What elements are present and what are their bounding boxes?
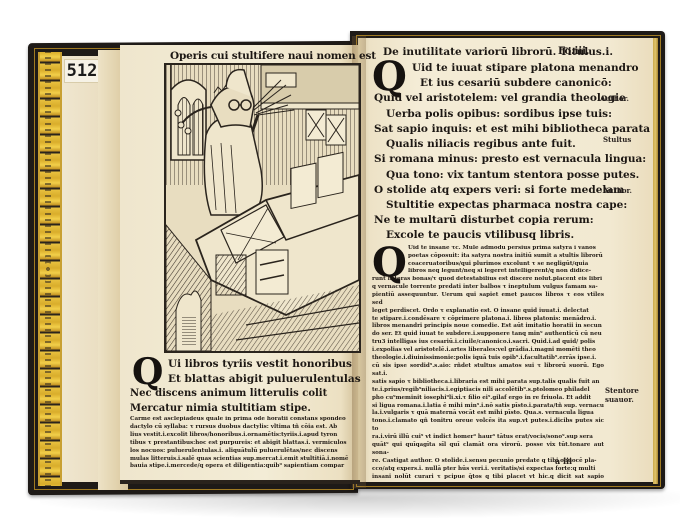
left-commentary: Carmē est asclepiadeus quale in prima od… [130, 416, 358, 476]
right-verse-4: Uerba polis opibus: sordibus ipse tuis: [386, 108, 612, 120]
commentary-line: runt litteras bonas/τ quod detestabilius… [372, 276, 604, 284]
inventory-label: 512 [64, 59, 100, 83]
commentary-line: libros neq legunt/neq si legerēt intelli… [408, 268, 604, 276]
right-verse-2: Et ius cesariū subdere canonicō: [420, 77, 612, 89]
right-verse-7: Si romana minus: presto est vernacula li… [374, 153, 646, 165]
right-verse-9: O stolide atq expers veri: si forte mede… [374, 184, 624, 196]
commentary-line: q vernacule torrente predati inter balbo… [372, 284, 604, 292]
commentary-line: leget perdiscet. Ordo τ explanatio est. … [372, 308, 604, 316]
margin-note-stentore: Stentore suauor. [605, 386, 635, 404]
gilt-page-edge [653, 38, 658, 484]
margin-note-author-2: Author. [603, 186, 632, 195]
right-verse-11: Ne te multarū disturbet copia rerum: [374, 214, 594, 226]
right-verse-5: Sat sapio inquis: et est mihi bibliothec… [374, 123, 650, 135]
signature-mark: a iii [555, 456, 572, 466]
commentary-line: insani nolūt curari τ pcipue q̄tos q tib… [372, 474, 604, 481]
commentary-line: tono.i.clamato qñ tonitru oreue volcēs i… [372, 418, 604, 434]
commentary-line: te stipare.i.condēsare τ cōprimere plato… [372, 316, 604, 324]
commentary-line: cco/atq expers.i. nullā pter hūs veri.i.… [372, 466, 604, 474]
left-cover-bottom-edge [120, 480, 360, 484]
right-verse-8: Qua tono: vix tantum stentora posse pute… [386, 169, 639, 181]
margin-note-author: Author. [600, 94, 629, 103]
commentary-line: bauia stipe.i.mercede/q opera et diligen… [130, 463, 358, 471]
commentary-line: satis sapio τ bibliotheca.i.libraria est… [372, 379, 604, 387]
margin-note-stultus: Stultus [603, 135, 631, 144]
left-verse-4: Mercatur nimia stultitiam stipe. [130, 403, 311, 414]
folio-number: Fo.iii. [558, 46, 589, 57]
commentary-line: ra.i.virū illū cui⁹ vt indict homer⁹ hau… [372, 434, 604, 442]
left-running-head: Operis cui stultifere naui nomen est [170, 50, 376, 62]
commentary-line: Uid te insane τc. Mulē admodū persius pr… [408, 245, 604, 253]
gilt-border-ornament [38, 52, 62, 486]
commentary-line: Carmē est asclepiadeus quale in prima od… [130, 416, 358, 424]
commentary-line: pho cu⁹meminit iosephi⁹li.xi.τ filio ei⁹… [372, 395, 604, 403]
right-verse-3: Quid vel aristotelem: vel grandia theolo… [374, 92, 626, 104]
commentary-line: cū sis ipse sordid⁹.s.aio: rñdet stultus… [372, 363, 604, 379]
commentary-line: dactylo cū syllaba: τ rursus duobus dact… [130, 424, 358, 432]
commentary-line: tru3 intelligas ius cesariū.i.ciuile/can… [372, 339, 604, 347]
commentary-line: si ligua romana.i.latia ē mihi min⁹.i.nō… [372, 403, 604, 411]
right-verse-12: Excole te paucis vtilibusq libris. [386, 229, 574, 241]
commentary-line: theologie.i.diuinissimonie:polis iquā tu… [372, 355, 604, 363]
right-verse-1: Uid te iuuat stipare platona menandro [412, 62, 638, 74]
right-verse-6: Qualis niliacis regibus ante fuit. [386, 138, 576, 150]
right-drop-cap: Q [372, 57, 407, 97]
commentary-line: tibus τ prestantibus:hoc est purpureis: … [130, 440, 358, 448]
woodcut-illustration [164, 63, 361, 353]
commentary-line: poetas cōposuit: ita satyra nostra initi… [408, 253, 604, 261]
commentary-line: pientiū assequuntur. Uerum qui sapiet em… [372, 292, 604, 308]
woodcut-fool-at-lectern [166, 65, 359, 351]
commentary-line: i.expolias vel aristotelē.i.artes libera… [372, 347, 604, 355]
right-commentary-indented: Uid te insane τc. Mulē admodū persius pr… [408, 245, 604, 269]
commentary-line: los nocuos: puluerulentulas.i. aliquātul… [130, 448, 358, 456]
commentary-line: lius vestit.i.excolit libros/honoribus.i… [130, 432, 358, 440]
left-verse-2: Et blattas abigit puluerulentulas [168, 373, 361, 385]
left-verse-3: Nec discens animum litterulis colit [130, 388, 327, 399]
commentary-line: te.i.prius/regib⁹niliacis.i.egiptiacis n… [372, 387, 604, 395]
right-commentary-indented-2: libros neq legunt/neq si legerēt intelli… [408, 268, 604, 276]
right-commentary: runt litteras bonas/τ quod detestabilius… [372, 276, 604, 481]
right-verse-10: Stultitie expectas pharmaca nostra cape: [386, 199, 627, 211]
commentary-line: do ser. Et quid iuuat te subdere.i.suppo… [372, 331, 604, 339]
left-verse-1: Ui libros tyriis vestit honoribus [168, 358, 352, 370]
left-drop-cap: Q [132, 354, 163, 390]
